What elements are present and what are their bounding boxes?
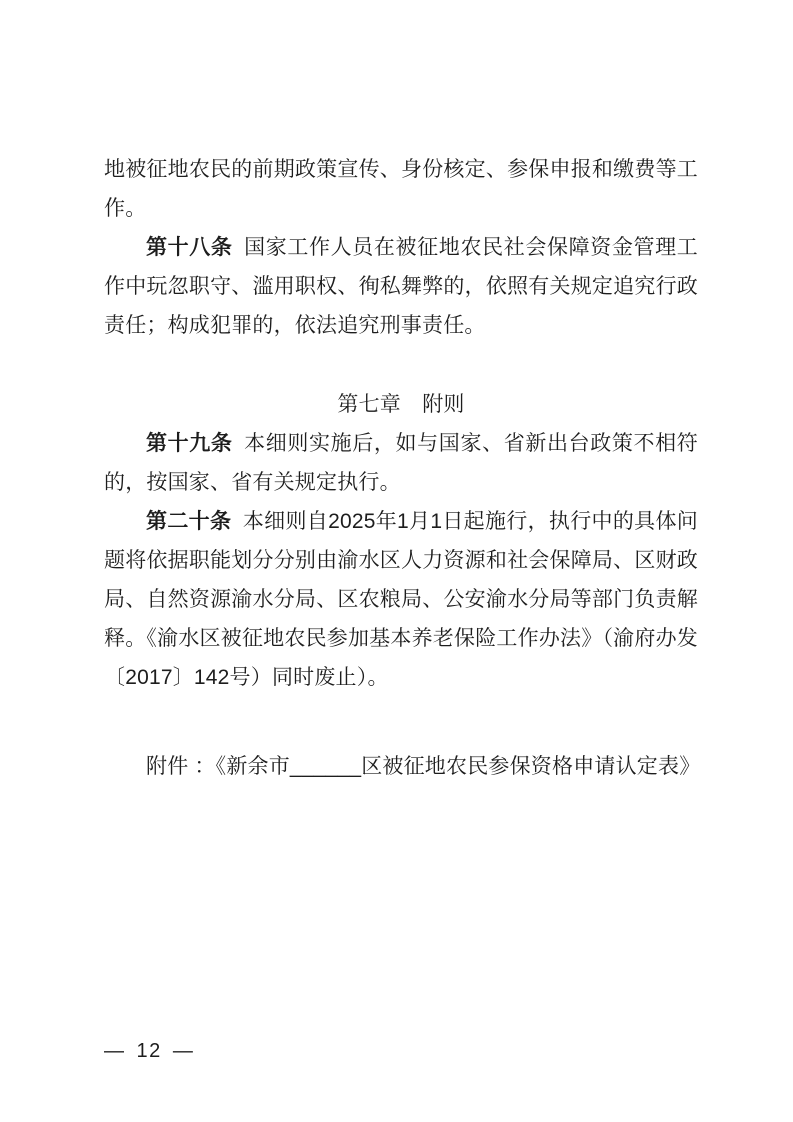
document-content: 地被征地农民的前期政策宣传、身份核定、参保申报和缴费等工作。 第十八条国家工作人… <box>104 150 698 786</box>
article-20-paragraph: 第二十条本细则自2025年1月1日起施行，执行中的具体问题将依据职能划分分别由渝… <box>104 502 698 697</box>
continuation-paragraph: 地被征地农民的前期政策宣传、身份核定、参保申报和缴费等工作。 <box>104 150 698 228</box>
chapter-heading: 第七章 附则 <box>104 385 698 424</box>
document-page: 地被征地农民的前期政策宣传、身份核定、参保申报和缴费等工作。 第十八条国家工作人… <box>0 0 793 1122</box>
article-19-number: 第十九条 <box>146 432 233 455</box>
article-18-number: 第十八条 <box>146 236 233 259</box>
article-20-number: 第二十条 <box>146 510 231 533</box>
article-18-paragraph: 第十八条国家工作人员在被征地农民社会保障资金管理工作中玩忽职守、滥用职权、徇私舞… <box>104 228 698 345</box>
attachment-line: 附件 ：《新余市______区被征地农民参保资格申请认定表》 <box>104 747 698 786</box>
page-number: — 12 — <box>104 1038 194 1064</box>
article-20-text: 本细则自2025年1月1日起施行，执行中的具体问题将依据职能划分分别由渝水区人力… <box>104 510 698 689</box>
article-19-paragraph: 第十九条本细则实施后，如与国家、省新出台政策不相符的，按国家、省有关规定执行。 <box>104 424 698 502</box>
